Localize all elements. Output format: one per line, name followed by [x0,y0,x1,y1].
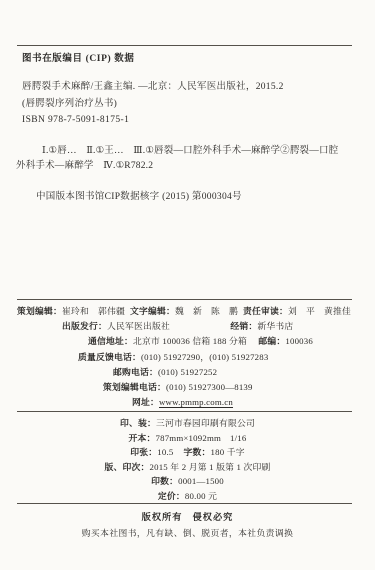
edition-label: 版、印次： [105,462,150,472]
wordcount-label: 字数： [184,447,211,457]
exchange-notice: 购买本社图书，凡有缺、倒、脱页者，本社负责调换 [0,526,375,539]
publisher-name: 人民军医出版社 [107,321,170,331]
text-editor-names: 魏 新 陈 鹏 [175,306,238,316]
review-editor-names: 刘 平 黄推佳 [288,306,351,316]
cip-data-block: 图书在版编目 (CIP) 数据 唇腭裂手术麻醉/王鑫主编. —北京：人民军医出版… [0,52,375,204]
cip-record-number: 中国版本图书馆CIP数据核字 (2015) 第000304号 [36,190,375,204]
website-url: www.pmmp.com.cn [159,397,233,407]
printing-row-copies: 印数：0001—1500 [0,474,375,489]
distributor-name: 新华书店 [257,321,293,331]
edition-value: 2015 年 2 月第 1 版第 1 次印刷 [150,462,271,472]
cip-series-title: (唇腭裂序列治疗丛书) [22,97,375,111]
planning-editor-pair: 策划编辑：崔玲和 郭伟疆 [17,304,125,319]
credits-row-website: 网址：www.pmmp.com.cn [0,395,375,410]
credits-row-editor-phone: 策划编辑电话：(010) 51927300—8139 [0,380,375,395]
credits-row-mailorder-phone: 邮购电话：(010) 51927252 [0,365,375,380]
credits-row-feedback-phone: 质量反馈电话：(010) 51927290，(010) 51927283 [0,350,375,365]
price-value: 80.00 元 [185,491,217,501]
publication-credits-block: 策划编辑：崔玲和 郭伟疆 文字编辑：魏 新 陈 鹏 责任审读：刘 平 黄推佳 出… [0,304,375,410]
top-rule [17,45,352,46]
sheets-label: 印张： [130,447,157,457]
copyright-footer: 版权所有 侵权必究 购买本社图书，凡有缺、倒、脱页者，本社负责调换 [0,509,375,539]
cip-classification-line2: 外科手术—麻醉学 Ⅳ.①R782.2 [16,159,351,173]
mailorder-phone-value: (010) 51927252 [158,367,217,377]
printing-top-rule [17,411,352,412]
text-editor-label: 文字编辑： [130,306,175,316]
credits-row-publisher: 出版发行：人民军医出版社 经销：新华书店 [0,319,375,334]
scanned-copyright-page: 图书在版编目 (CIP) 数据 唇腭裂手术麻醉/王鑫主编. —北京：人民军医出版… [0,0,375,570]
address-pair: 通信地址：北京市 100036 信箱 188 分箱 [88,336,247,346]
feedback-phone-label: 质量反馈电话： [78,352,141,362]
copies-value: 0001—1500 [178,476,224,486]
review-editor-label: 责任审读： [243,306,288,316]
wordcount-value: 180 千字 [211,447,245,457]
address-label: 通信地址： [88,336,133,346]
planning-editor-label: 策划编辑： [17,306,62,316]
copyright-notice: 版权所有 侵权必究 [0,509,375,523]
cip-classification-line1: Ⅰ.①唇… Ⅱ.①王… Ⅲ.①唇裂—口腔外科手术—麻醉学②腭裂—口腔 [42,144,351,158]
printing-row-printer: 印、装：三河市春园印刷有限公司 [0,416,375,431]
distributor-label: 经销： [230,321,257,331]
feedback-phone-value: (010) 51927290，(010) 51927283 [141,352,268,362]
website-label: 网址： [132,397,159,407]
distributor-pair: 经销：新华书店 [230,321,293,331]
printing-info-block: 印、装：三河市春园印刷有限公司 开本：787mm×1092mm 1/16 印张：… [0,416,375,503]
printing-row-price: 定价：80.00 元 [0,489,375,504]
credits-top-rule [17,299,352,300]
sheets-value: 10.5 [157,447,173,457]
credits-row-editors: 策划编辑：崔玲和 郭伟疆 文字编辑：魏 新 陈 鹏 责任审读：刘 平 黄推佳 [0,304,375,319]
editor-phone-label: 策划编辑电话： [103,382,166,392]
editor-phone-value: (010) 51927300—8139 [166,382,253,392]
printer-name: 三河市春园印刷有限公司 [156,418,255,428]
printing-row-sheets: 印张：10.5字数：180 千字 [0,445,375,460]
publisher-label: 出版发行： [62,321,107,331]
postcode-label: 邮编： [258,336,285,346]
mailorder-phone-label: 邮购电话： [113,367,158,377]
credits-row-address: 通信地址：北京市 100036 信箱 188 分箱 邮编：100036 [0,334,375,349]
printing-row-format: 开本：787mm×1092mm 1/16 [0,431,375,446]
cip-isbn: ISBN 978-7-5091-8175-1 [22,113,375,127]
copies-label: 印数： [151,476,178,486]
review-editor-pair: 责任审读：刘 平 黄推佳 [243,304,351,319]
publisher-pair: 出版发行：人民军医出版社 [62,321,170,331]
planning-editor-names: 崔玲和 郭伟疆 [62,306,125,316]
format-value: 787mm×1092mm 1/16 [156,433,247,443]
cip-main-entry: 唇腭裂手术麻醉/王鑫主编. —北京：人民军医出版社，2015.2 [22,80,375,94]
postcode-value: 100036 [285,336,313,346]
text-editor-pair: 文字编辑：魏 新 陈 鹏 [130,304,238,319]
footer-top-rule [17,503,352,504]
cip-heading: 图书在版编目 (CIP) 数据 [22,52,375,66]
address-value: 北京市 100036 信箱 188 分箱 [133,336,247,346]
printing-row-edition: 版、印次：2015 年 2 月第 1 版第 1 次印刷 [0,460,375,475]
format-label: 开本： [129,433,156,443]
printer-label: 印、装： [120,418,156,428]
postcode-pair: 邮编：100036 [258,336,313,346]
price-label: 定价： [158,491,185,501]
